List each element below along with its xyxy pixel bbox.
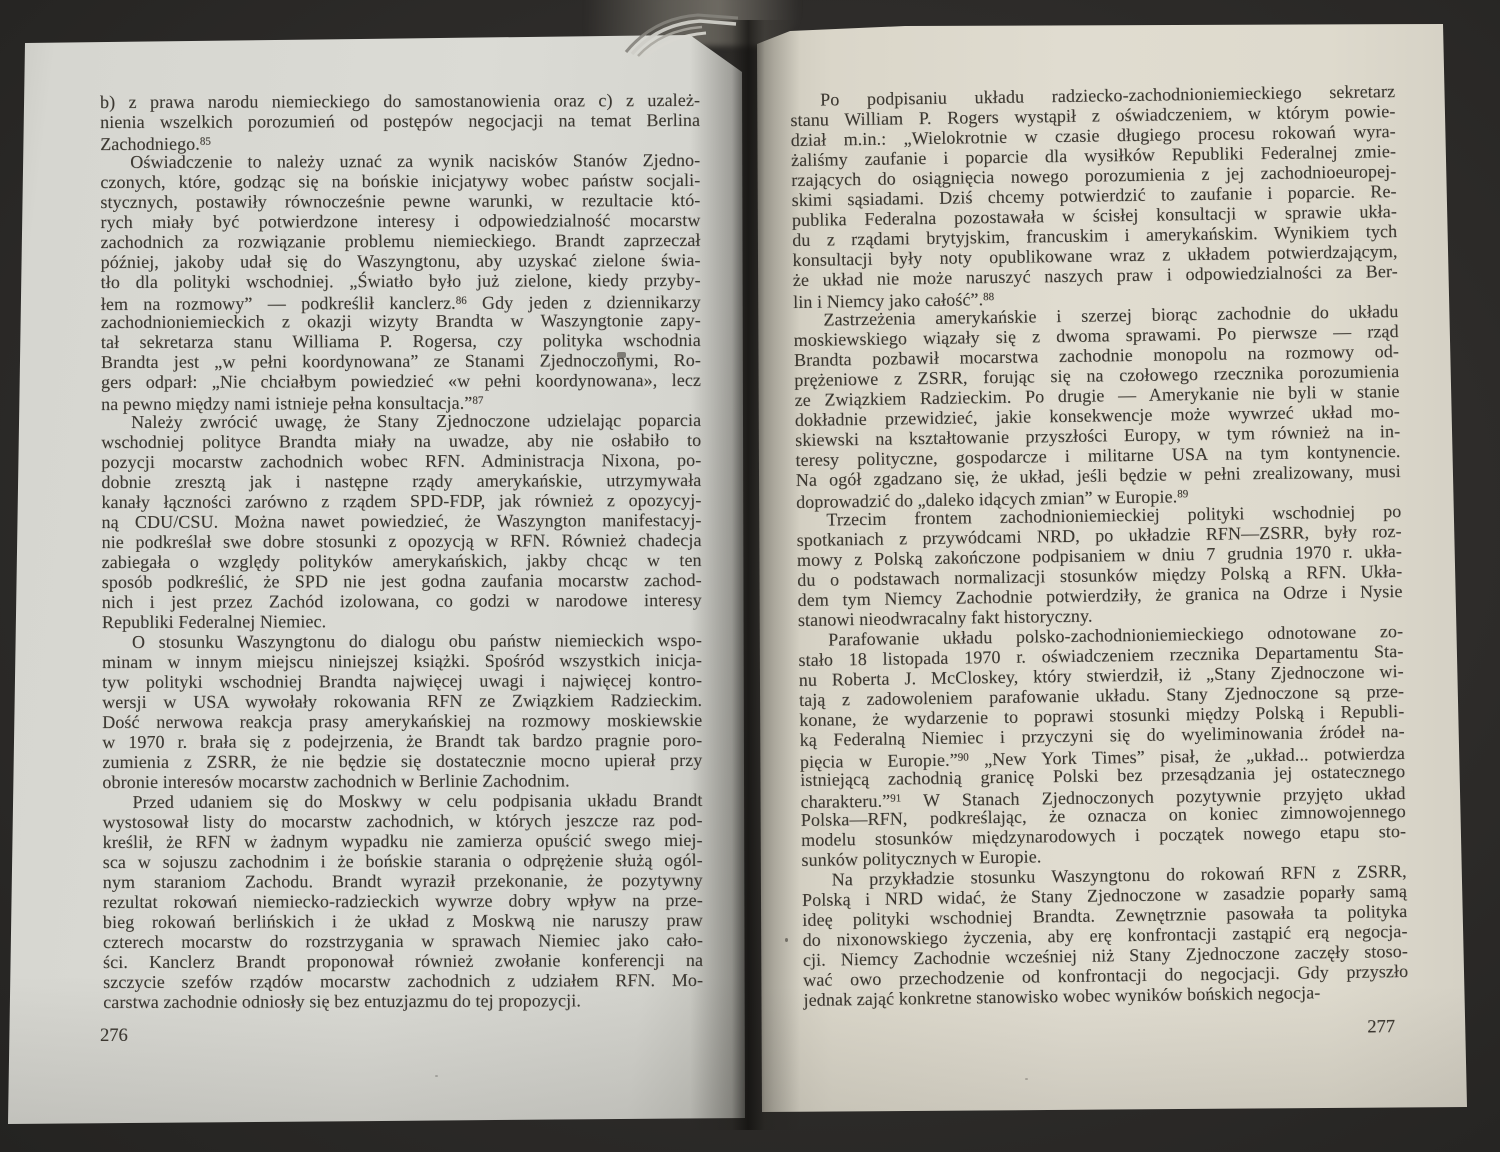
text-line: tyw polityki wschodniej Brandta najwięce…	[102, 670, 702, 692]
left-page: b) z prawa narodu niemieckiego do samost…	[5, 30, 747, 1130]
text-line: czterech mocarstw do rozstrzygania w spr…	[103, 930, 703, 952]
text-line: zachodnioniemieckich z okazji wizyty Bra…	[101, 310, 701, 332]
print-artifact-mark	[617, 352, 626, 358]
text-line: Zachodniego.85	[100, 130, 700, 152]
text-line: ści. Kanclerz Brandt proponował również …	[103, 950, 703, 972]
text-line: dobnie zresztą jak i następne rządy amer…	[101, 470, 701, 492]
text-line: Należy zwrócić uwagę, że Stany Zjednoczo…	[101, 410, 701, 432]
text-line: carstwa zachodnie odniosły się bez entuz…	[103, 990, 703, 1012]
text-line: Republiki Federalnej Niemiec.	[102, 610, 702, 632]
text-line: sca w sojuszu zachodnim i że bońskie sta…	[103, 850, 703, 872]
text-line: w 1970 r. brała się z podejrzenia, że Br…	[102, 730, 702, 752]
right-page-text: Po podpisaniu układu radziecko-zachodnio…	[790, 81, 1409, 1010]
text-line: bieg rokowań berlińskich i że układ z Mo…	[103, 910, 703, 932]
right-page: Po podpisaniu układu radziecko-zachodnio…	[745, 18, 1473, 1118]
left-page-text: b) z prawa narodu niemieckiego do samost…	[100, 90, 703, 1012]
text-line: wschodniej polityce Brandta miały na uwa…	[101, 430, 701, 452]
footnote-ref: 86	[456, 295, 467, 307]
text-line: zabiegała o względy polityków amerykańsk…	[102, 550, 702, 572]
text-line: obronie interesów mocarstw zachodnich w …	[102, 770, 702, 792]
footnote-ref: 91	[890, 792, 901, 804]
text-line: tło dla polityki wschodniej. „Światło by…	[101, 270, 701, 292]
right-page-number: 277	[790, 1017, 1395, 1047]
text-line: kanały łączności zarówno z rządem SPD-FD…	[101, 490, 701, 512]
paper-speck	[785, 938, 788, 942]
text-line: pozycji mocarstw zachodnich wobec RFN. A…	[101, 450, 701, 472]
text-line: później, jakoby udał się do Waszyngtonu,…	[101, 250, 701, 272]
paper-speck	[1025, 1078, 1028, 1080]
text-line: gers odparł: „Nie chciałbym powiedzieć «…	[101, 370, 701, 392]
page-curl	[618, 6, 768, 64]
text-line: Przed udaniem się do Moskwy w celu podpi…	[102, 790, 702, 812]
text-line: wystosował listy do mocarstw zachodnich,…	[103, 810, 703, 832]
footnote-ref: 87	[472, 395, 483, 407]
text-line: szczycie szefów rządów mocarstw zachodni…	[103, 970, 703, 992]
footnote-ref: 90	[958, 751, 969, 763]
text-line: łem na rozmowy” — podkreślił kanclerz.86…	[101, 290, 701, 312]
text-line: O stosunku Waszyngtonu do dialogu obu pa…	[102, 630, 702, 652]
text-line: Oświadczenie to należy uznać za wynik na…	[100, 150, 700, 172]
text-line: nie podkreślał swe dobre stosunki z opoz…	[102, 530, 702, 552]
text-line: tał sekretarza stanu Williama P. Rogersa…	[101, 330, 701, 352]
text-line: Brandta jest „w pełni koordynowana” ze S…	[101, 350, 701, 372]
text-line: na pewno między nami istnieje pełna kons…	[101, 390, 701, 412]
text-line: nich i jest przez Zachód izolowana, co g…	[102, 590, 702, 612]
text-line: nym staraniom Zachodu. Brandt wyraził pr…	[103, 870, 703, 892]
text-line: minam w innym miejscu niniejszej książki…	[102, 650, 702, 672]
text-line: kreślił, że RFN w żadnym wypadku nie zam…	[103, 830, 703, 852]
text-line: ną CDU/CSU. Można nawet powiedzieć, że W…	[101, 510, 701, 532]
text-line: wersji w USA wywołały rokowania RFN ze Z…	[102, 690, 702, 712]
text-line: rezultat rokowań niemiecko-radzieckich w…	[103, 890, 703, 912]
footnote-ref: 89	[1177, 488, 1188, 500]
paper-speck	[435, 1075, 438, 1077]
open-book-photo: b) z prawa narodu niemieckiego do samost…	[0, 0, 1500, 1152]
text-line: zumienia z ZSRR, że nie będzie się dosta…	[102, 750, 702, 772]
footnote-ref: 85	[200, 136, 211, 148]
text-line: stycznych, postawiły równocześnie pewne …	[100, 190, 700, 212]
text-line: rych miały być potwierdzone interesy i o…	[100, 210, 700, 232]
text-line: b) z prawa narodu niemieckiego do samost…	[100, 90, 700, 112]
text-line: sposób podkreślić, że SPD nie jest godna…	[102, 570, 702, 592]
text-line: zachodnich za rozwiązanie problemu niemi…	[100, 230, 700, 252]
text-line: nienia wszelkich porozumień od postępów …	[100, 110, 700, 132]
left-page-number: 276	[100, 1026, 128, 1047]
text-line: Dość nerwowa reakcja prasy amerykańskiej…	[102, 710, 702, 732]
text-line: czonych, które, godząc się na bońskie in…	[100, 170, 700, 192]
paper-speck	[205, 900, 208, 903]
footnote-ref: 88	[983, 291, 994, 303]
